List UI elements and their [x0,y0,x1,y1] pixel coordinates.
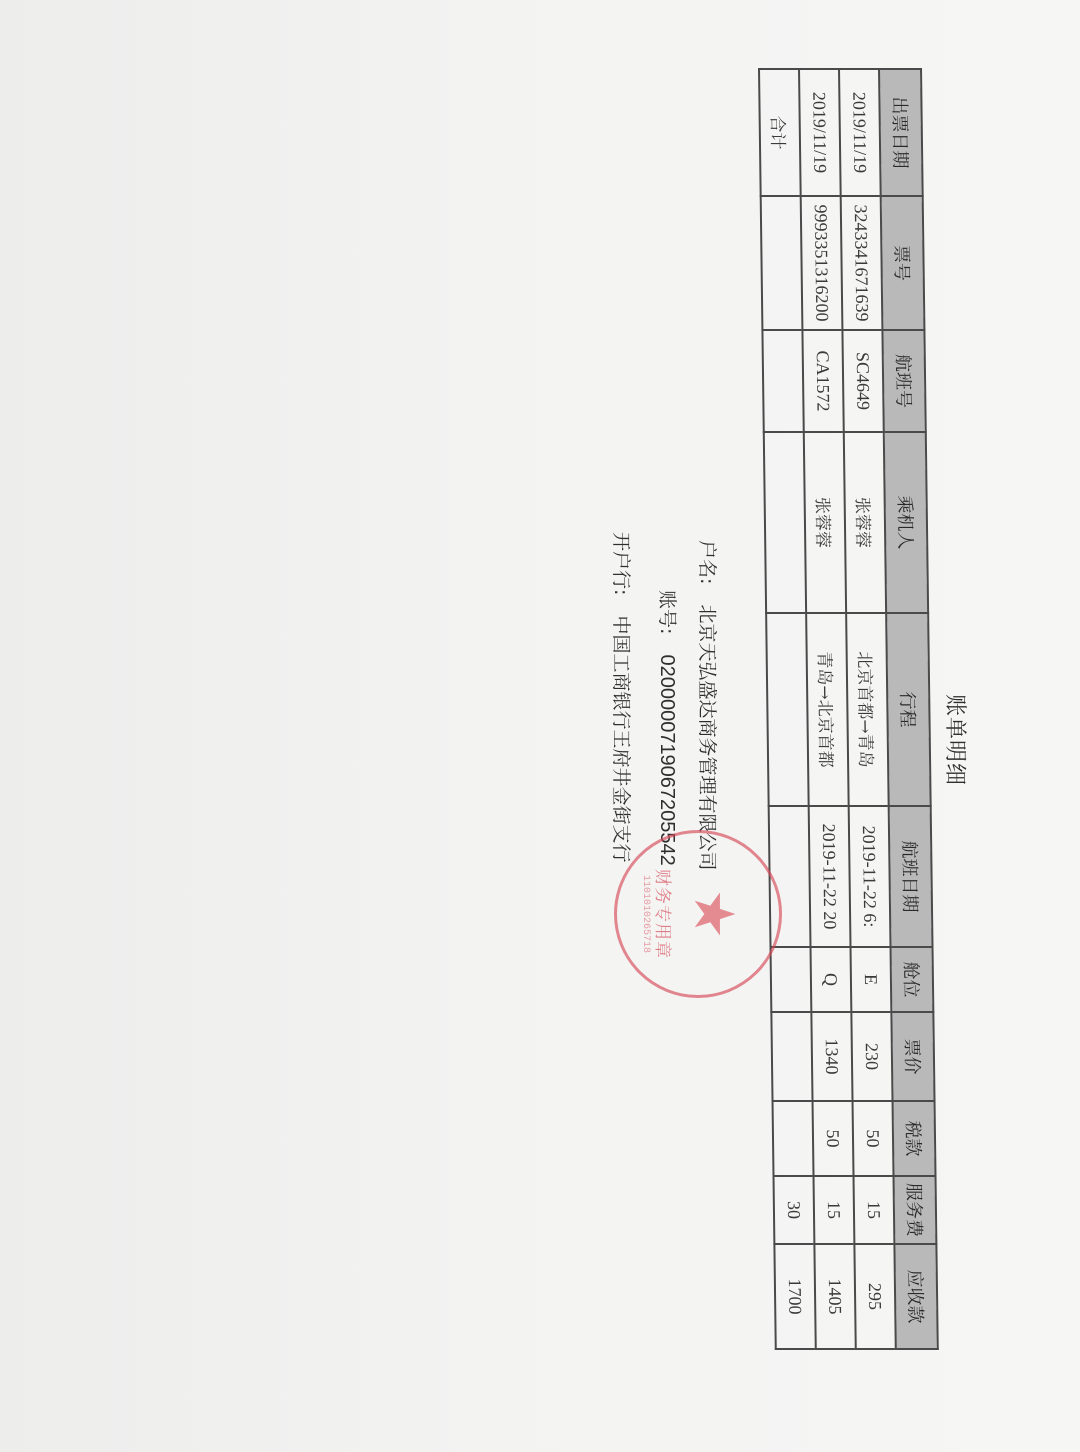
flight-no: SC4649 [842,330,883,432]
company-seal: ★ 财务专用章 1101010265718 [614,830,782,998]
seal-text: 财务专用章 [652,833,677,995]
flight-date: 2019-11-22 6: [849,806,891,947]
ticket-no: 9993351316200 [801,196,843,330]
col-flight-no: 航班号 [882,330,925,432]
account-name-label: 户名: [695,540,722,584]
passenger: 张蓉蓉 [804,432,846,613]
col-route: 行程 [886,613,931,806]
bank-branch-label: 开户行: [609,532,636,595]
empty-cell [766,613,809,806]
account-number-label: 账号: [655,590,682,634]
col-issue-date: 出票日期 [879,69,923,196]
col-passenger: 乘机人 [884,432,928,613]
bank-branch-line: 开户行: 中国工商银行王府井金街支行 [609,532,636,862]
route: 青岛→北京首都 [806,613,849,806]
empty-cell [761,196,803,330]
seal-number: 1101010265718 [640,833,651,995]
total-receivable: 1700 [774,1244,815,1349]
col-cabin: 舱位 [891,947,934,1012]
col-tax: 税款 [893,1101,936,1176]
col-service-fee: 服务费 [894,1176,937,1244]
cabin: Q [811,947,852,1012]
bank-branch: 中国工商银行王府井金街支行 [609,615,636,862]
tax: 50 [853,1101,894,1176]
receivable: 295 [854,1244,895,1349]
account-name-line: 户名: 北京天弘盛达商务管理有限公司 [695,540,722,870]
service-fee: 15 [854,1176,895,1244]
col-ticket-no: 票号 [881,196,925,330]
total-service-fee: 30 [774,1176,815,1244]
empty-cell [764,432,806,613]
star-icon: ★ [685,833,741,995]
empty-cell [773,1101,814,1176]
tax: 50 [813,1101,854,1176]
fare: 230 [851,1012,892,1101]
empty-cell [771,947,812,1012]
flight-date: 2019-11-22 20 [809,806,851,947]
issue-date: 2019/11/19 [839,69,881,196]
cabin: E [851,947,892,1012]
ticket-no: 3243341671639 [841,196,883,330]
empty-cell [762,330,803,432]
receivable: 1405 [814,1244,855,1349]
account-number-line: 账号: 0200000719067205542 [655,590,682,866]
flight-no: CA1572 [802,330,843,432]
bill-table: 出票日期 票号 航班号 乘机人 行程 航班日期 舱位 票价 税款 服务费 应收款… [758,68,939,1350]
col-flight-date: 航班日期 [889,806,933,947]
col-fare: 票价 [891,1012,934,1101]
total-label: 合计 [759,69,801,196]
col-receivable: 应收款 [894,1244,937,1349]
empty-cell [771,1012,812,1101]
passenger: 张蓉蓉 [844,432,886,613]
bill-document: 账单明细 出票日期 票号 航班号 乘机人 行程 航班日期 舱位 票价 税款 服务… [0,0,1080,1452]
service-fee: 15 [814,1176,855,1244]
issue-date: 2019/11/19 [799,69,841,196]
fare: 1340 [811,1012,852,1101]
route: 北京首都→青岛 [846,613,889,806]
document-title: 账单明细 [941,640,972,840]
